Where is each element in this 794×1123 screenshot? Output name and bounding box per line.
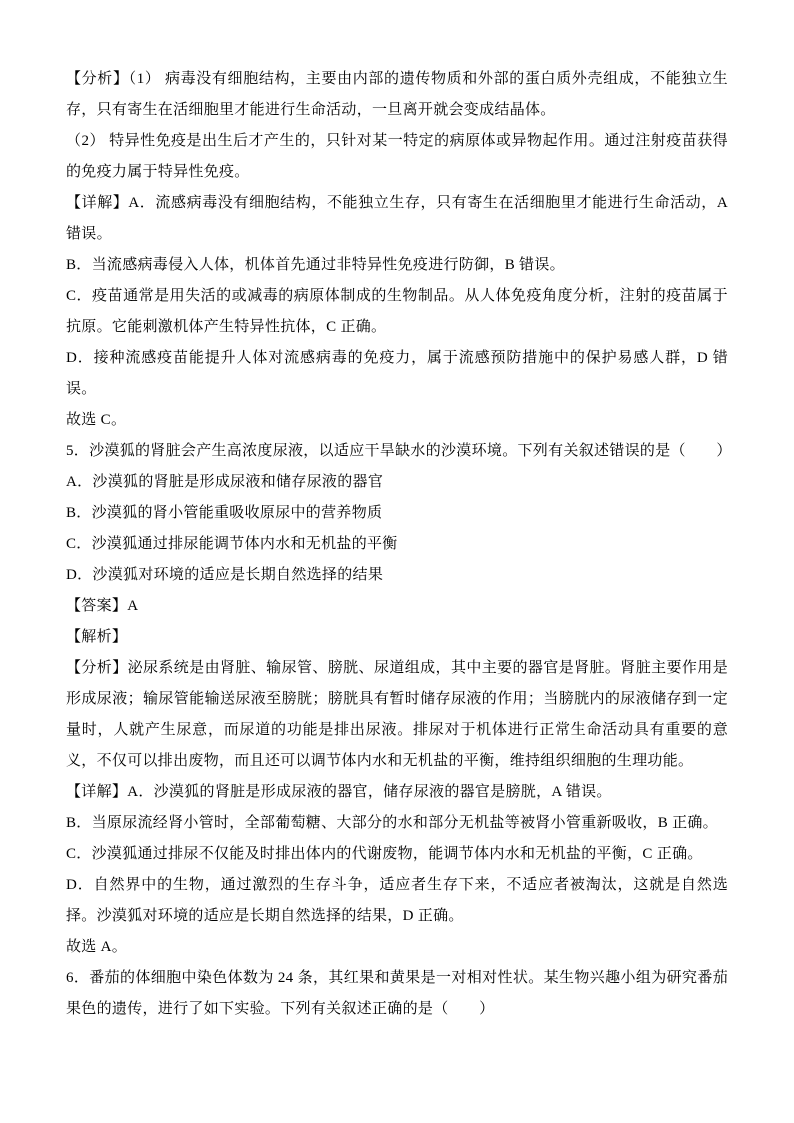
answer-choice-q5: 故选 A。 (66, 932, 728, 963)
question-5-option-b: B．沙漠狐的肾小管能重吸收原尿中的营养物质 (66, 498, 728, 529)
answer-label-q5: 【答案】A (66, 591, 728, 622)
detail-q4-option-a: 【详解】A．流感病毒没有细胞结构，不能独立生存，只有寄生在活细胞里才能进行生命活… (66, 188, 728, 250)
analysis-q4-part1: 【分析】（1） 病毒没有细胞结构，主要由内部的遗传物质和外部的蛋白质外壳组成，不… (66, 64, 728, 126)
detail-q5-option-c: C．沙漠狐通过排尿不仅能及时排出体内的代谢废物，能调节体内水和无机盐的平衡，C … (66, 839, 728, 870)
question-5-option-c: C．沙漠狐通过排尿能调节体内水和无机盐的平衡 (66, 529, 728, 560)
analysis-q4-part2: （2） 特异性免疫是出生后才产生的，只针对某一特定的病原体或异物起作用。通过注射… (66, 126, 728, 188)
question-5-option-d: D．沙漠狐对环境的适应是长期自然选择的结果 (66, 560, 728, 591)
question-5-stem: 5．沙漠狐的肾脏会产生高浓度尿液，以适应干旱缺水的沙漠环境。下列有关叙述错误的是… (66, 436, 728, 467)
detail-q5-option-b: B．当原尿流经肾小管时，全部葡萄糖、大部分的水和部分无机盐等被肾小管重新吸收，B… (66, 808, 728, 839)
question-6-stem: 6．番茄的体细胞中染色体数为 24 条，其红果和黄果是一对相对性状。某生物兴趣小… (66, 963, 728, 1025)
detail-q4-option-d: D．接种流感疫苗能提升人体对流感病毒的免疫力，属于流感预防措施中的保护易感人群，… (66, 343, 728, 405)
detail-q4-option-b: B．当流感病毒侵入人体，机体首先通过非特异性免疫进行防御，B 错误。 (66, 250, 728, 281)
detail-q4-option-c: C．疫苗通常是用失活的或减毒的病原体制成的生物制品。从人体免疫角度分析，注射的疫… (66, 281, 728, 343)
detail-q5-option-d: D．自然界中的生物，通过激烈的生存斗争，适应者生存下来，不适应者被淘汰，这就是自… (66, 870, 728, 932)
document-page: 【分析】（1） 病毒没有细胞结构，主要由内部的遗传物质和外部的蛋白质外壳组成，不… (0, 0, 794, 1123)
analysis-q5: 【分析】泌尿系统是由肾脏、输尿管、膀胱、尿道组成，其中主要的器官是肾脏。肾脏主要… (66, 653, 728, 777)
explanation-label-q5: 【解析】 (66, 622, 728, 653)
detail-q5-option-a: 【详解】A．沙漠狐的肾脏是形成尿液的器官，储存尿液的器官是膀胱，A 错误。 (66, 777, 728, 808)
document-body-text: 【分析】（1） 病毒没有细胞结构，主要由内部的遗传物质和外部的蛋白质外壳组成，不… (66, 64, 728, 1025)
answer-choice-q4: 故选 C。 (66, 405, 728, 436)
question-5-option-a: A．沙漠狐的肾脏是形成尿液和储存尿液的器官 (66, 467, 728, 498)
